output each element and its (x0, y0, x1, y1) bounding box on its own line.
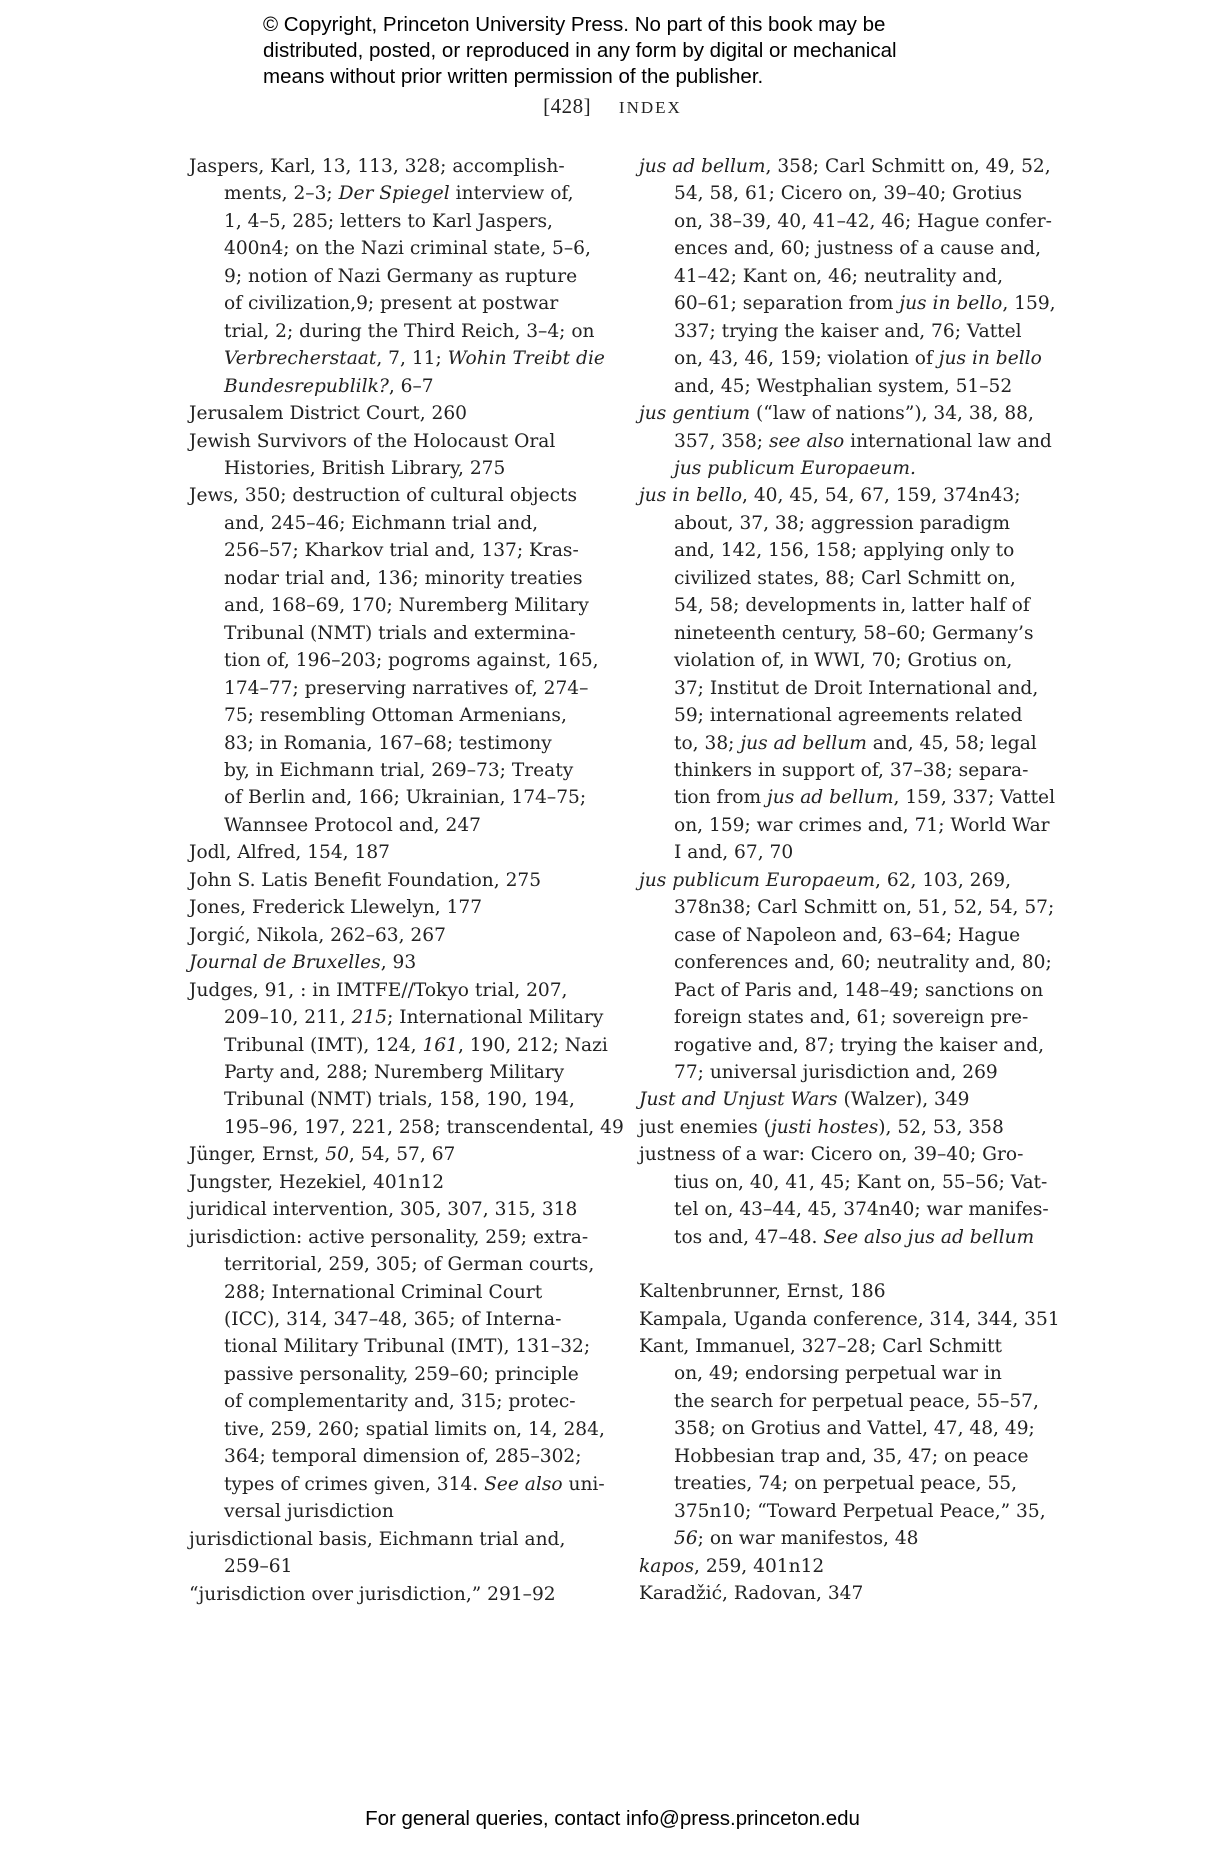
text: 83; in Romania, 167–68; testimony (224, 733, 552, 754)
text: , 159, (1002, 293, 1055, 314)
text: on, 49; endorsing perpetual war in (674, 1363, 1002, 1384)
text: interview of, (450, 183, 574, 204)
text: uni- (563, 1474, 605, 1495)
italic-text: kapos (639, 1556, 694, 1577)
index-entry-subline: 195–96, 197, 221, 258; transcendental, 4… (189, 1114, 609, 1141)
index-entry: Kant, Immanuel, 327–28; Carl Schmitton, … (639, 1333, 1059, 1553)
index-entry-subline: violation of, in WWI, 70; Grotius on, (639, 647, 1059, 674)
text: tional Military Tribunal (IMT), 131–32; (224, 1336, 590, 1357)
text: 209–10, 211, (224, 1007, 352, 1028)
text: , 6–7 (389, 376, 434, 397)
index-entry-subline: types of crimes given, 314. See also uni… (189, 1471, 609, 1498)
text: jurisdiction: active personality, 259; e… (189, 1227, 588, 1248)
text: 337; trying the kaiser and, 76; Vattel (674, 321, 1022, 342)
text: 259–61 (224, 1556, 292, 1577)
copyright-line: © Copyright, Princeton University Press.… (263, 12, 1023, 38)
text: by, in Eichmann trial, 269–73; Treaty (224, 760, 573, 781)
index-entry: just enemies (justi hostes), 52, 53, 358 (639, 1114, 1059, 1141)
index-entry-subline: of complementarity and, 315; protec- (189, 1388, 609, 1415)
text: “jurisdiction over jurisdiction,” 291–92 (189, 1584, 556, 1605)
text: territorial, 259, 305; of German courts, (224, 1254, 594, 1275)
index-entry-subline: treaties, 74; on perpetual peace, 55, (639, 1470, 1059, 1497)
text: 358; on Grotius and Vattel, 47, 48, 49; (674, 1418, 1035, 1439)
index-entry-subline: on, 43, 46, 159; violation of jus in bel… (639, 345, 1059, 372)
text: Kaltenbrunner, Ernst, 186 (639, 1281, 886, 1302)
index-entry-subline: 259–61 (189, 1553, 609, 1580)
index-entry-subline: and, 168–69, 170; Nuremberg Military (189, 592, 609, 619)
index-entry-heading-line: Jews, 350; destruction of cultural objec… (189, 482, 609, 509)
text: justness of a war: Cicero on, 39–40; Gro… (639, 1144, 1023, 1165)
text: 378n38; Carl Schmitt on, 51, 52, 54, 57; (674, 897, 1054, 918)
text: , 93 (381, 952, 416, 973)
text: ments, 2–3; (224, 183, 339, 204)
index-entry-heading-line: Jones, Frederick Llewelyn, 177 (189, 894, 609, 921)
text: on, 43, 46, 159; violation of (674, 348, 939, 369)
italic-text: Verbrecherstaat (224, 348, 376, 369)
index-entry-heading-line: Kaltenbrunner, Ernst, 186 (639, 1278, 1059, 1305)
index-entry: juridical intervention, 305, 307, 315, 3… (189, 1196, 609, 1223)
italic-text: justi hostes (771, 1117, 878, 1138)
index-entry-subline: Wannsee Protocol and, 247 (189, 812, 609, 839)
index-column-right: jus ad bellum, 358; Carl Schmitt on, 49,… (639, 153, 1059, 1608)
index-entry: Judges, 91, : in IMTFE//Tokyo trial, 207… (189, 977, 609, 1142)
text: ; on war manifestos, 48 (698, 1528, 919, 1549)
text: Jodl, Alfred, 154, 187 (189, 842, 390, 863)
index-entry-subline: ments, 2–3; Der Spiegel interview of, (189, 180, 609, 207)
page-number: [428] (543, 94, 591, 118)
index-entry-subline: Verbrecherstaat, 7, 11; Wohin Treibt die (189, 345, 609, 372)
text: Jews, 350; destruction of cultural objec… (189, 485, 577, 506)
index-entry-heading-line: Jungster, Hezekiel, 401n12 (189, 1169, 609, 1196)
index-entry-subline: tion from jus ad bellum, 159, 337; Vatte… (639, 784, 1059, 811)
index-entry-heading-line: jus gentium (“law of nations”), 34, 38, … (639, 400, 1059, 427)
index-entry-subline: Bundesrepublilk?, 6–7 (189, 373, 609, 400)
text: and, 45; Westphalian system, 51–52 (674, 376, 1012, 397)
footer-contact: For general queries, contact info@press.… (0, 1807, 1225, 1831)
text: 288; International Criminal Court (224, 1282, 542, 1303)
index-entry-subline: nodar trial and, 136; minority treaties (189, 565, 609, 592)
index-entry-subline: foreign states and, 61; sovereign pre- (639, 1004, 1059, 1031)
text: Jünger, Ernst, (189, 1144, 325, 1165)
text: tion of, 196–203; pogroms against, 165, (224, 650, 599, 671)
text: (“law of nations”), 34, 38, 88, (750, 403, 1034, 424)
index-entry-subline: on, 49; endorsing perpetual war in (639, 1360, 1059, 1387)
index-entry-subline: 288; International Criminal Court (189, 1279, 609, 1306)
text: treaties, 74; on perpetual peace, 55, (674, 1473, 1017, 1494)
text: Judges, 91, : in IMTFE//Tokyo trial, 207… (189, 980, 567, 1001)
text: 54, 58, 61; Cicero on, 39–40; Grotius (674, 183, 1022, 204)
index-entry-heading-line: Judges, 91, : in IMTFE//Tokyo trial, 207… (189, 977, 609, 1004)
index-entry-subline: trial, 2; during the Third Reich, 3–4; o… (189, 318, 609, 345)
index-entry-subline: passive personality, 259–60; principle (189, 1361, 609, 1388)
italic-text: jus in bello (639, 485, 742, 506)
index-entry-subline: jus publicum Europaeum. (639, 455, 1059, 482)
text: , 54, 57, 67 (349, 1144, 455, 1165)
text: Hobbesian trap and, 35, 47; on peace (674, 1446, 1029, 1467)
index-entry: Jerusalem District Court, 260 (189, 400, 609, 427)
index-entry-subline: case of Napoleon and, 63–64; Hague (639, 922, 1059, 949)
text: on, 38–39, 40, 41–42, 46; Hague confer- (674, 211, 1052, 232)
italic-text: jus publicum Europaeum (639, 870, 875, 891)
index-entry-subline: tional Military Tribunal (IMT), 131–32; (189, 1333, 609, 1360)
text: 77; universal jurisdiction and, 269 (674, 1062, 998, 1083)
italic-text: See also (484, 1474, 562, 1495)
italic-text: jus publicum Europaeum. (674, 458, 916, 479)
section-title: INDEX (619, 98, 682, 117)
italic-text: jus gentium (639, 403, 750, 424)
index-entry-subline: tel on, 43–44, 45, 374n40; war manifes- (639, 1196, 1059, 1223)
copyright-line: distributed, posted, or reproduced in an… (263, 38, 1023, 64)
index-entry-subline: 174–77; preserving narratives of, 274– (189, 675, 609, 702)
text: Wannsee Protocol and, 247 (224, 815, 481, 836)
text: conferences and, 60; neutrality and, 80; (674, 952, 1052, 973)
italic-text: 161 (422, 1035, 458, 1056)
text: 60–61; separation from (674, 293, 899, 314)
index-entry-subline: Tribunal (NMT) trials, 158, 190, 194, (189, 1086, 609, 1113)
index-entry-heading-line: juridical intervention, 305, 307, 315, 3… (189, 1196, 609, 1223)
italic-text: jus in bello (899, 293, 1002, 314)
text: ; International Military (387, 1007, 603, 1028)
text: tel on, 43–44, 45, 374n40; war manifes- (674, 1199, 1049, 1220)
index-entry: Jews, 350; destruction of cultural objec… (189, 482, 609, 839)
index-entry: jus gentium (“law of nations”), 34, 38, … (639, 400, 1059, 482)
text: rogative and, 87; trying the kaiser and, (674, 1035, 1044, 1056)
index-entry-heading-line: Jünger, Ernst, 50, 54, 57, 67 (189, 1141, 609, 1168)
copyright-notice: © Copyright, Princeton University Press.… (263, 12, 1023, 90)
text: 37; Institut de Droit International and, (674, 678, 1038, 699)
text: 400n4; on the Nazi criminal state, 5–6, (224, 238, 591, 259)
italic-text: jus ad bellum (767, 787, 894, 808)
text: tive, 259, 260; spatial limits on, 14, 2… (224, 1419, 605, 1440)
index-entry: Jünger, Ernst, 50, 54, 57, 67 (189, 1141, 609, 1168)
italic-text: jus in bello (939, 348, 1042, 369)
index-entry: jus in bello, 40, 45, 54, 67, 159, 374n4… (639, 482, 1059, 866)
index-entry-subline: ences and, 60; justness of a cause and, (639, 235, 1059, 262)
text: 195–96, 197, 221, 258; transcendental, 4… (224, 1117, 624, 1138)
text: 364; temporal dimension of, 285–302; (224, 1446, 582, 1467)
index-entry-subline: on, 159; war crimes and, 71; World War (639, 812, 1059, 839)
index-entry-subline: (ICC), 314, 347–48, 365; of Interna- (189, 1306, 609, 1333)
text: ences and, 60; justness of a cause and, (674, 238, 1041, 259)
text: just enemies ( (639, 1117, 771, 1138)
index-entry: justness of a war: Cicero on, 39–40; Gro… (639, 1141, 1059, 1251)
index-entry-subline: I and, 67, 70 (639, 839, 1059, 866)
text: , 190, 212; Nazi (458, 1035, 608, 1056)
text: (ICC), 314, 347–48, 365; of Interna- (224, 1309, 561, 1330)
index-entry-subline: 77; universal jurisdiction and, 269 (639, 1059, 1059, 1086)
index-entry: John S. Latis Benefit Foundation, 275 (189, 867, 609, 894)
index-entry-heading-line: Jaspers, Karl, 13, 113, 328; accomplish- (189, 153, 609, 180)
index-entry-subline: conferences and, 60; neutrality and, 80; (639, 949, 1059, 976)
index-entry-subline: 256–57; Kharkov trial and, 137; Kras- (189, 537, 609, 564)
text: (Walzer), 349 (838, 1089, 970, 1110)
index-entry-subline: of civilization,9; present at postwar (189, 290, 609, 317)
text: Tribunal (IMT), 124, (224, 1035, 422, 1056)
index-entry-subline: 1, 4–5, 285; letters to Karl Jaspers, (189, 208, 609, 235)
italic-text: jus ad bellum (639, 156, 766, 177)
index-entry: Journal de Bruxelles, 93 (189, 949, 609, 976)
text: I and, 67, 70 (674, 842, 793, 863)
index-entry-subline: 41–42; Kant on, 46; neutrality and, (639, 263, 1059, 290)
italic-text: 56 (674, 1528, 698, 1549)
text: case of Napoleon and, 63–64; Hague (674, 925, 1020, 946)
text: 256–57; Kharkov trial and, 137; Kras- (224, 540, 579, 561)
index-entry-heading-line: jus ad bellum, 358; Carl Schmitt on, 49,… (639, 153, 1059, 180)
text: ), 52, 53, 358 (878, 1117, 1004, 1138)
index-entry-heading-line: Kant, Immanuel, 327–28; Carl Schmitt (639, 1333, 1059, 1360)
index-entry-subline: versal jurisdiction (189, 1498, 609, 1525)
index-entry-heading-line: Jewish Survivors of the Holocaust Oral (189, 428, 609, 455)
index-entry-subline: and, 45; Westphalian system, 51–52 (639, 373, 1059, 400)
index-entry-heading-line: just enemies (justi hostes), 52, 53, 358 (639, 1114, 1059, 1141)
text: Histories, British Library, 275 (224, 458, 505, 479)
index-entry-subline: 9; notion of Nazi Germany as rupture (189, 263, 609, 290)
text: the search for perpetual peace, 55–57, (674, 1391, 1039, 1412)
text: Kant, Immanuel, 327–28; Carl Schmitt (639, 1336, 1002, 1357)
text: Jorgić, Nikola, 262–63, 267 (189, 925, 446, 946)
index-entry-subline: 378n38; Carl Schmitt on, 51, 52, 54, 57; (639, 894, 1059, 921)
index-entry-subline: of Berlin and, 166; Ukrainian, 174–75; (189, 784, 609, 811)
text: on, 159; war crimes and, 71; World War (674, 815, 1050, 836)
text: tius on, 40, 41, 45; Kant on, 55–56; Vat… (674, 1172, 1047, 1193)
index-entry-subline: 59; international agreements related (639, 702, 1059, 729)
index-entry-subline: 54, 58, 61; Cicero on, 39–40; Grotius (639, 180, 1059, 207)
index-entry-subline: 56; on war manifestos, 48 (639, 1525, 1059, 1552)
index-entry-subline: 400n4; on the Nazi criminal state, 5–6, (189, 235, 609, 262)
text: , 159, 337; Vattel (894, 787, 1056, 808)
index-entry-subline: 54, 58; developments in, latter half of (639, 592, 1059, 619)
index-entry-heading-line: Jorgić, Nikola, 262–63, 267 (189, 922, 609, 949)
index-entry-subline: thinkers in support of, 37–38; separa- (639, 757, 1059, 784)
text: , 358; Carl Schmitt on, 49, 52, (766, 156, 1051, 177)
index-entry: kapos, 259, 401n12 (639, 1553, 1059, 1580)
text: to, 38; (674, 733, 740, 754)
index-entry-subline: the search for perpetual peace, 55–57, (639, 1388, 1059, 1415)
text: and, 45, 58; legal (867, 733, 1037, 754)
italic-text: Bundesrepublilk? (224, 376, 389, 397)
index-entry-subline: about, 37, 38; aggression paradigm (639, 510, 1059, 537)
italic-text: 215 (352, 1007, 388, 1028)
index-entry: jurisdictional basis, Eichmann trial and… (189, 1526, 609, 1581)
text: trial, 2; during the Third Reich, 3–4; o… (224, 321, 595, 342)
index-entry: jurisdiction: active personality, 259; e… (189, 1224, 609, 1526)
index-entry-heading-line: jurisdictional basis, Eichmann trial and… (189, 1526, 609, 1553)
index-entry-heading-line: Kampala, Uganda conference, 314, 344, 35… (639, 1306, 1059, 1333)
index-entry-subline: Hobbesian trap and, 35, 47; on peace (639, 1443, 1059, 1470)
index-entry: Jaspers, Karl, 13, 113, 328; accomplish-… (189, 153, 609, 400)
index-entry-subline: 358; on Grotius and Vattel, 47, 48, 49; (639, 1415, 1059, 1442)
index-entry-subline: Histories, British Library, 275 (189, 455, 609, 482)
italic-text: jus ad bellum (740, 733, 867, 754)
text: 357, 358; (674, 431, 769, 452)
index-entry-subline: Party and, 288; Nuremberg Military (189, 1059, 609, 1086)
text: thinkers in support of, 37–38; separa- (674, 760, 1028, 781)
italic-text: Der Spiegel (339, 183, 450, 204)
index-entry-heading-line: Journal de Bruxelles, 93 (189, 949, 609, 976)
text: jurisdictional basis, Eichmann trial and… (189, 1529, 565, 1550)
text: and, 168–69, 170; Nuremberg Military (224, 595, 589, 616)
index-column-left: Jaspers, Karl, 13, 113, 328; accomplish-… (189, 153, 609, 1608)
index-entry-subline: rogative and, 87; trying the kaiser and, (639, 1032, 1059, 1059)
index-entry: jus publicum Europaeum, 62, 103, 269,378… (639, 867, 1059, 1087)
text: John S. Latis Benefit Foundation, 275 (189, 870, 541, 891)
index-entry-subline: tion of, 196–203; pogroms against, 165, (189, 647, 609, 674)
running-head: [428] INDEX (0, 94, 1225, 119)
index-entry: Jones, Frederick Llewelyn, 177 (189, 894, 609, 921)
italic-text: Journal de Bruxelles (189, 952, 381, 973)
text: about, 37, 38; aggression paradigm (674, 513, 1010, 534)
text: Tribunal (NMT) trials and extermina- (224, 623, 576, 644)
text: 41–42; Kant on, 46; neutrality and, (674, 266, 1003, 287)
index-entry-subline: to, 38; jus ad bellum and, 45, 58; legal (639, 730, 1059, 757)
index-entry: Just and Unjust Wars (Walzer), 349 (639, 1086, 1059, 1113)
text: Kampala, Uganda conference, 314, 344, 35… (639, 1309, 1060, 1330)
index-entry-heading-line: jurisdiction: active personality, 259; e… (189, 1224, 609, 1251)
index-entry-heading-line: John S. Latis Benefit Foundation, 275 (189, 867, 609, 894)
text: types of crimes given, 314. (224, 1474, 484, 1495)
index-entry-subline: 37; Institut de Droit International and, (639, 675, 1059, 702)
index-entry-subline: nineteenth century, 58–60; Germany’s (639, 620, 1059, 647)
index-entry-subline: Tribunal (NMT) trials and extermina- (189, 620, 609, 647)
index-entry-heading-line: Jerusalem District Court, 260 (189, 400, 609, 427)
index-entry-subline: by, in Eichmann trial, 269–73; Treaty (189, 757, 609, 784)
text: Karadžić, Radovan, 347 (639, 1583, 863, 1604)
text: Pact of Paris and, 148–49; sanctions on (674, 980, 1043, 1001)
index-entry-subline: 209–10, 211, 215; International Military (189, 1004, 609, 1031)
index-entry: Kampala, Uganda conference, 314, 344, 35… (639, 1306, 1059, 1333)
index-entry-heading-line: justness of a war: Cicero on, 39–40; Gro… (639, 1141, 1059, 1168)
text: , 62, 103, 269, (875, 870, 1011, 891)
index-entry-subline: civilized states, 88; Carl Schmitt on, (639, 565, 1059, 592)
index-entry: Jodl, Alfred, 154, 187 (189, 839, 609, 866)
text: Jones, Frederick Llewelyn, 177 (189, 897, 482, 918)
text: Jungster, Hezekiel, 401n12 (189, 1172, 444, 1193)
copyright-line: means without prior written permission o… (263, 64, 1023, 90)
italic-text: Just and Unjust Wars (639, 1089, 838, 1110)
index-entry-heading-line: Just and Unjust Wars (Walzer), 349 (639, 1086, 1059, 1113)
text: violation of, in WWI, 70; Grotius on, (674, 650, 1012, 671)
text: Jewish Survivors of the Holocaust Oral (189, 431, 555, 452)
italic-text: 50 (325, 1144, 349, 1165)
text: , 7, 11; (376, 348, 447, 369)
index-entry-subline: 83; in Romania, 167–68; testimony (189, 730, 609, 757)
index-entry-subline: 364; temporal dimension of, 285–302; (189, 1443, 609, 1470)
index-entry: Jorgić, Nikola, 262–63, 267 (189, 922, 609, 949)
index-entry-heading-line: “jurisdiction over jurisdiction,” 291–92 (189, 1581, 609, 1608)
index-entry-heading-line: Jodl, Alfred, 154, 187 (189, 839, 609, 866)
index-entry-subline: 337; trying the kaiser and, 76; Vattel (639, 318, 1059, 345)
index-entry-subline: Pact of Paris and, 148–49; sanctions on (639, 977, 1059, 1004)
index-entry-subline: tius on, 40, 41, 45; Kant on, 55–56; Vat… (639, 1169, 1059, 1196)
index-entry: “jurisdiction over jurisdiction,” 291–92 (189, 1581, 609, 1608)
text: 375n10; “Toward Perpetual Peace,” 35, (674, 1501, 1046, 1522)
index-entry-heading-line: jus in bello, 40, 45, 54, 67, 159, 374n4… (639, 482, 1059, 509)
text: 54, 58; developments in, latter half of (674, 595, 1030, 616)
italic-text: See also jus ad bellum (823, 1227, 1034, 1248)
text: versal jurisdiction (224, 1501, 394, 1522)
text: Party and, 288; Nuremberg Military (224, 1062, 564, 1083)
text: 59; international agreements related (674, 705, 1022, 726)
text: Jaspers, Karl, 13, 113, 328; accomplish- (189, 156, 565, 177)
text: 9; notion of Nazi Germany as rupture (224, 266, 577, 287)
text: of civilization,9; present at postwar (224, 293, 558, 314)
index-entry: Kaltenbrunner, Ernst, 186 (639, 1278, 1059, 1305)
text: nodar trial and, 136; minority treaties (224, 568, 583, 589)
text: nineteenth century, 58–60; Germany’s (674, 623, 1033, 644)
index-entry: jus ad bellum, 358; Carl Schmitt on, 49,… (639, 153, 1059, 400)
index-entry-subline: territorial, 259, 305; of German courts, (189, 1251, 609, 1278)
italic-text: see also (769, 431, 844, 452)
text: , 259, 401n12 (694, 1556, 824, 1577)
index-entry-heading-line: jus publicum Europaeum, 62, 103, 269, (639, 867, 1059, 894)
index-entry-subline: on, 38–39, 40, 41–42, 46; Hague confer- (639, 208, 1059, 235)
text: of complementarity and, 315; protec- (224, 1391, 576, 1412)
text: and, 245–46; Eichmann trial and, (224, 513, 538, 534)
text: , 40, 45, 54, 67, 159, 374n43; (742, 485, 1020, 506)
index-entry-subline: and, 142, 156, 158; applying only to (639, 537, 1059, 564)
index-entry-heading-line: kapos, 259, 401n12 (639, 1553, 1059, 1580)
index-entry: Jewish Survivors of the Holocaust OralHi… (189, 428, 609, 483)
index-entry-subline: tive, 259, 260; spatial limits on, 14, 2… (189, 1416, 609, 1443)
text: tos and, 47–48. (674, 1227, 823, 1248)
text: and, 142, 156, 158; applying only to (674, 540, 1014, 561)
text: 75; resembling Ottoman Armenians, (224, 705, 567, 726)
text: Tribunal (NMT) trials, 158, 190, 194, (224, 1089, 575, 1110)
text: Jerusalem District Court, 260 (189, 403, 467, 424)
text: 1, 4–5, 285; letters to Karl Jaspers, (224, 211, 553, 232)
text: international law and (844, 431, 1052, 452)
index-entry: Jungster, Hezekiel, 401n12 (189, 1169, 609, 1196)
index-entry-subline: 357, 358; see also international law and (639, 428, 1059, 455)
text: juridical intervention, 305, 307, 315, 3… (189, 1199, 577, 1220)
text: foreign states and, 61; sovereign pre- (674, 1007, 1028, 1028)
index-entry-subline: 60–61; separation from jus in bello, 159… (639, 290, 1059, 317)
text: tion from (674, 787, 767, 808)
text: passive personality, 259–60; principle (224, 1364, 579, 1385)
italic-text: Wohin Treibt die (448, 348, 605, 369)
index-entry-subline: Tribunal (IMT), 124, 161, 190, 212; Nazi (189, 1032, 609, 1059)
index-entry: Karadžić, Radovan, 347 (639, 1580, 1059, 1607)
index-entry-subline: 75; resembling Ottoman Armenians, (189, 702, 609, 729)
index-entry-heading-line: Karadžić, Radovan, 347 (639, 1580, 1059, 1607)
index-entry-subline: 375n10; “Toward Perpetual Peace,” 35, (639, 1498, 1059, 1525)
index-entry-subline: tos and, 47–48. See also jus ad bellum (639, 1224, 1059, 1251)
text: of Berlin and, 166; Ukrainian, 174–75; (224, 787, 586, 808)
text: civilized states, 88; Carl Schmitt on, (674, 568, 1016, 589)
index-entry-subline: and, 245–46; Eichmann trial and, (189, 510, 609, 537)
text: 174–77; preserving narratives of, 274– (224, 678, 588, 699)
